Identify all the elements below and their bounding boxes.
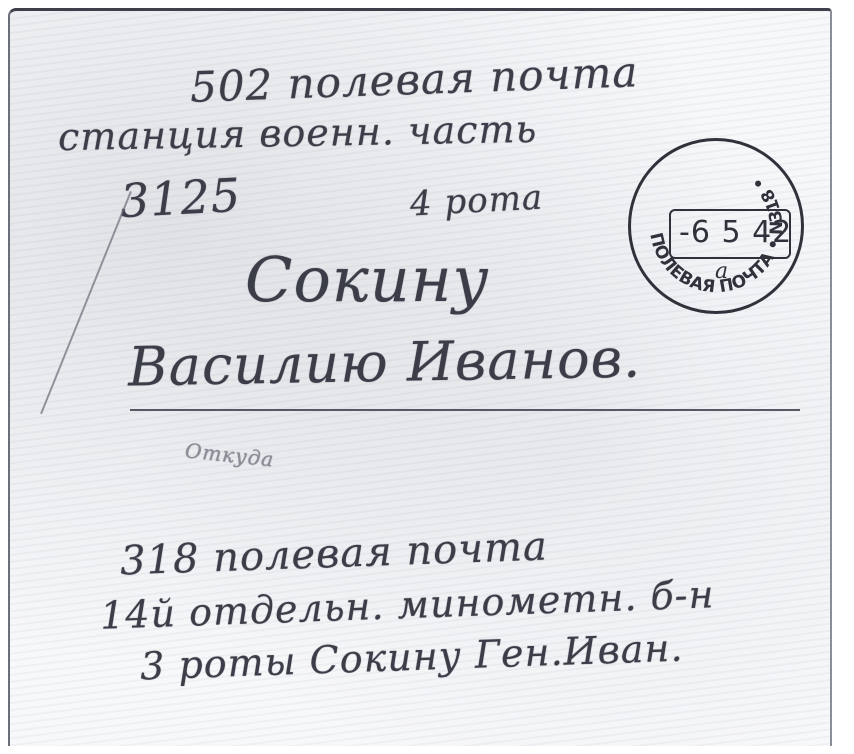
sender-line-field-post: 318 полевая почта: [119, 524, 548, 585]
recipient-line-station: станция военн. часть: [58, 107, 538, 159]
recipient-line-field-post: 502 полевая почта: [189, 47, 639, 112]
sender-line-name: 3 роты Сокину Ген.Иван.: [139, 626, 684, 689]
recipient-company: 4 рота: [409, 178, 544, 225]
recipient-name: Василию Иванов.: [127, 327, 641, 399]
fold-line: [40, 191, 132, 414]
letter-sheet: 502 полевая почта станция военн. часть 3…: [8, 8, 832, 746]
recipient-surname: Сокину: [245, 243, 490, 316]
postmark-series: а: [715, 259, 728, 284]
postmark-date: -6 5 42: [679, 215, 792, 250]
postmark-stamp: ПОЛЕВАЯ ПОЧТА • N318 • -6 5 42 а: [628, 138, 804, 314]
recipient-unit-number: 3125: [119, 168, 243, 228]
from-label: Откуда: [184, 438, 276, 471]
address-divider: [130, 409, 800, 411]
